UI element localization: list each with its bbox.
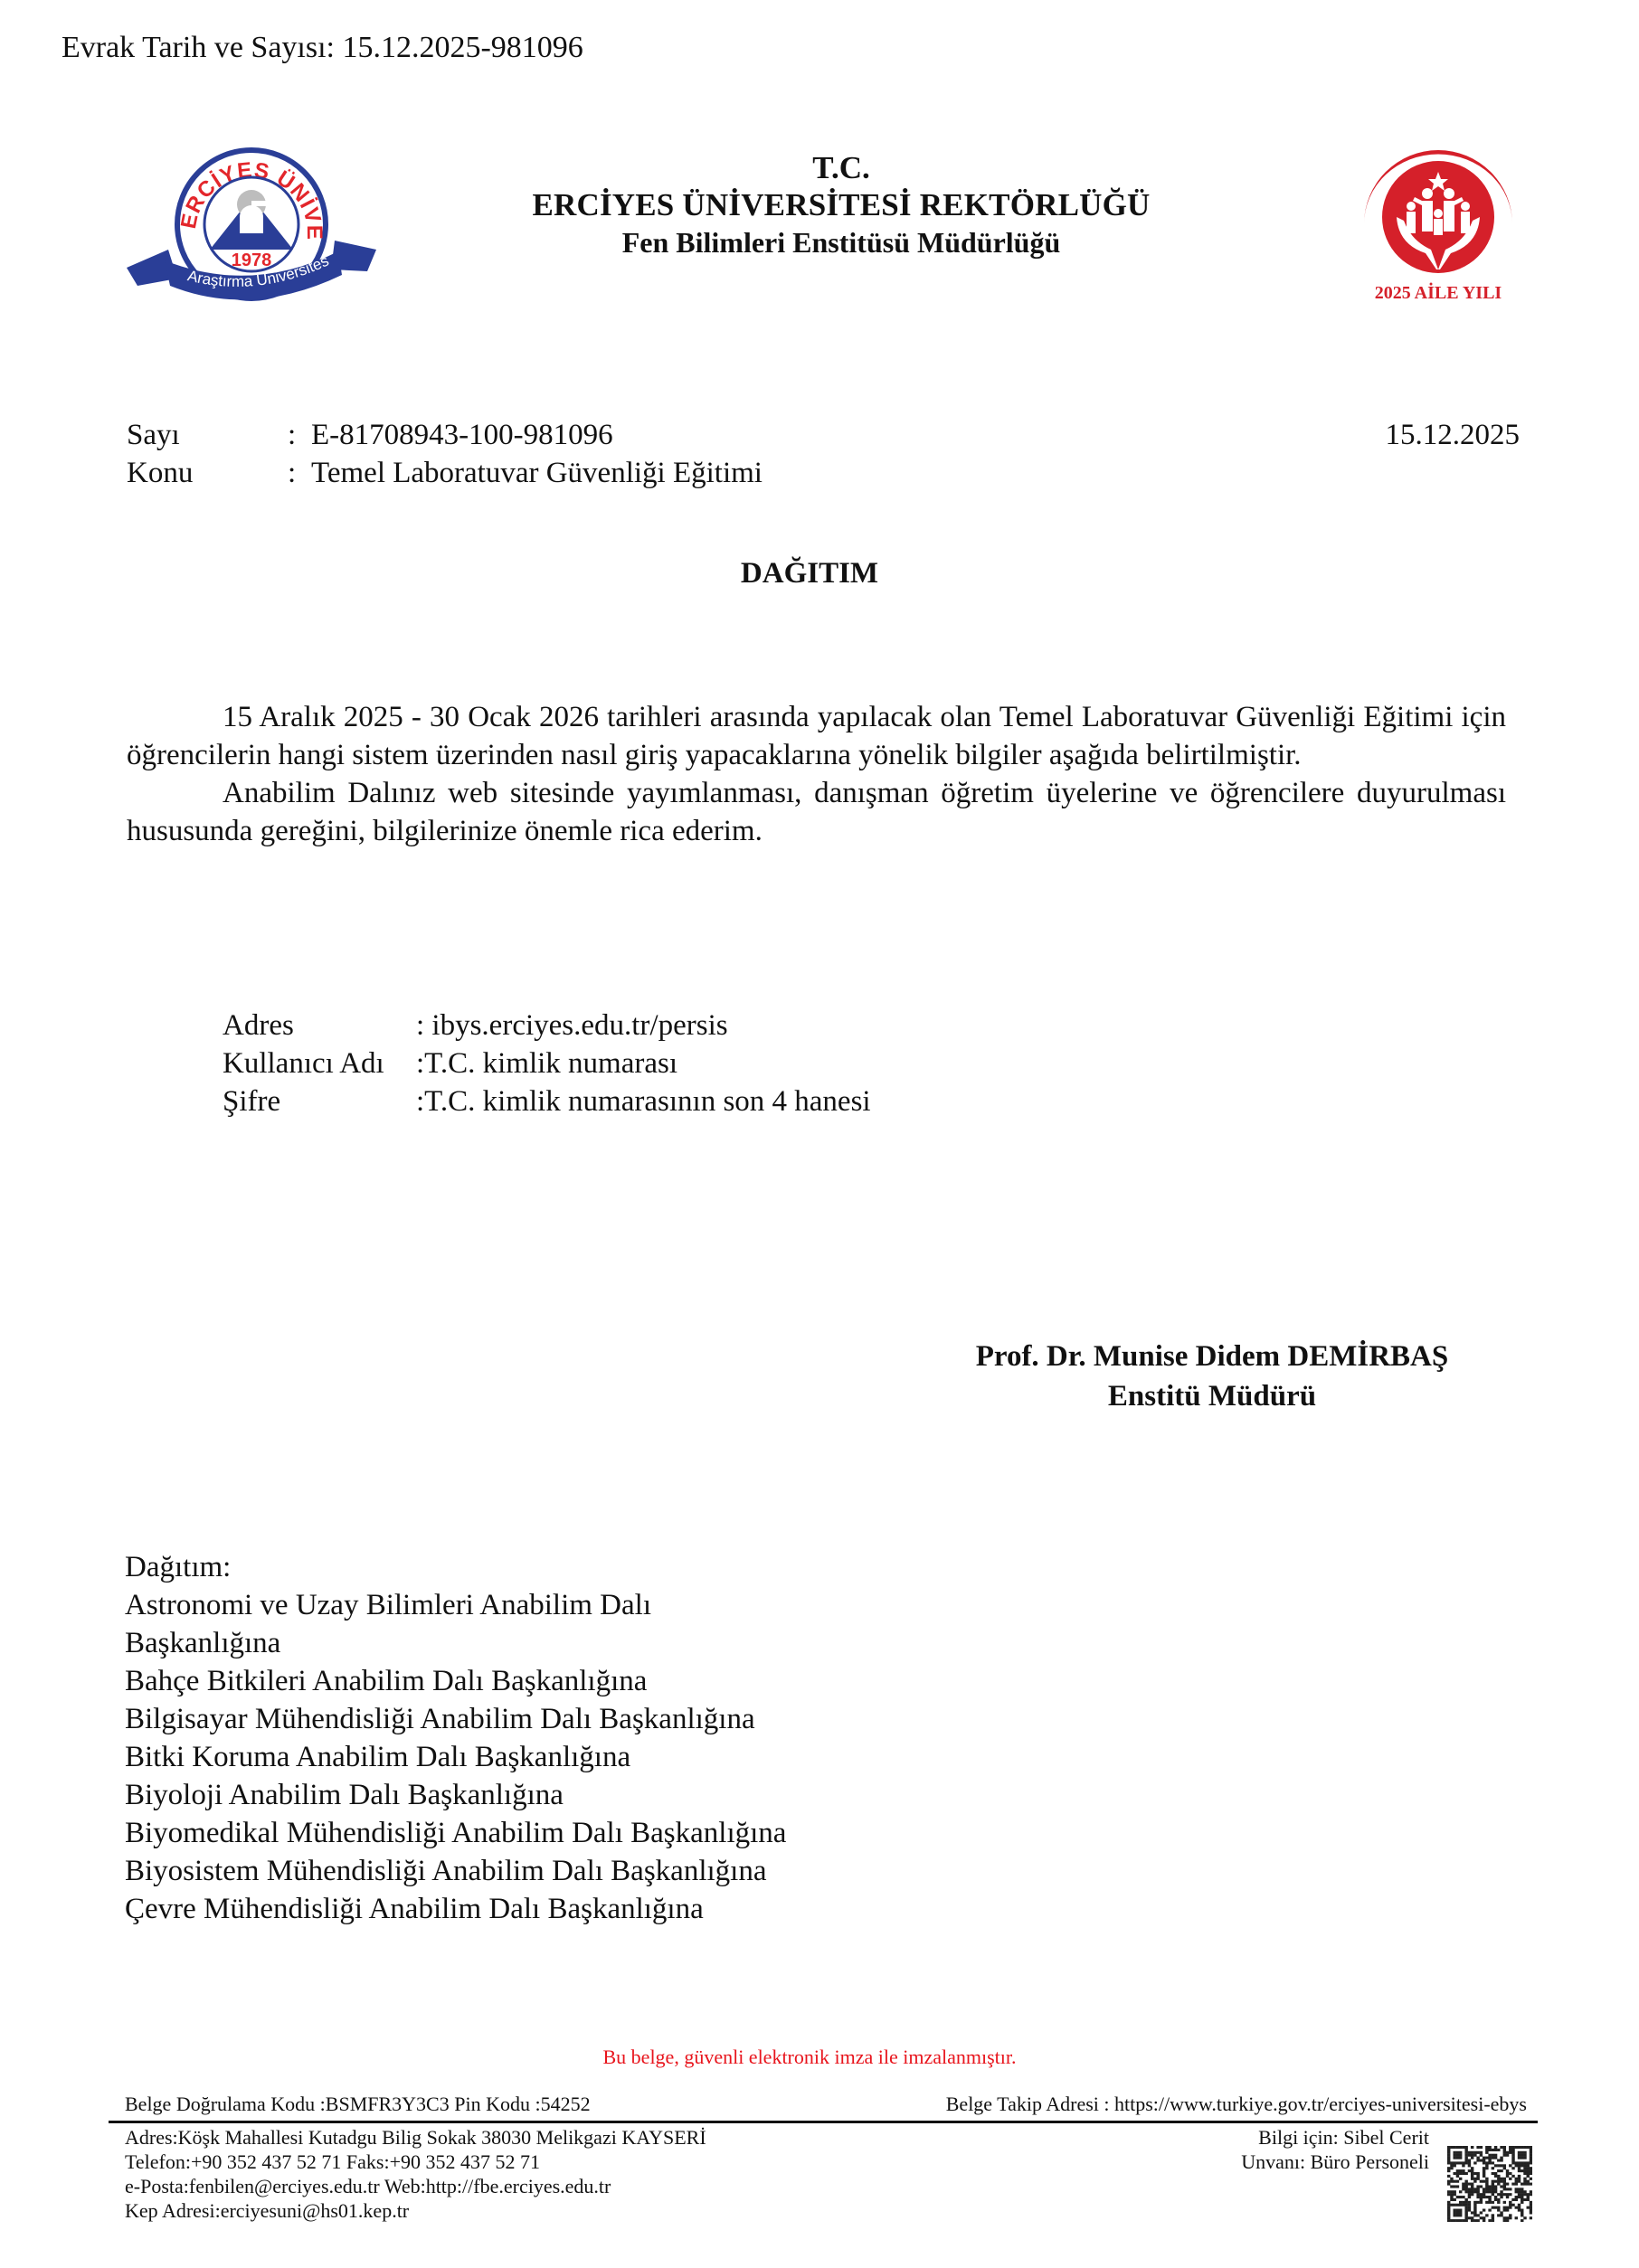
credential-label: Şifre	[223, 1082, 416, 1120]
signatory-name: Prof. Dr. Munise Didem DEMİRBAŞ	[886, 1337, 1538, 1376]
list-item: Biyomedikal Mühendisliği Anabilim Dalı B…	[125, 1814, 812, 1852]
letterhead-institute: Fen Bilimleri Enstitüsü Müdürlüğü	[470, 224, 1212, 260]
list-item: Bahçe Bitkileri Anabilim Dalı Başkanlığı…	[125, 1662, 812, 1700]
list-item: Astronomi ve Uzay Bilimleri Anabilim Dal…	[125, 1586, 812, 1662]
distribution-heading: Dağıtım:	[125, 1548, 812, 1586]
credential-value: : ibys.erciyes.edu.tr/persis	[416, 1006, 728, 1044]
sayi-value: E-81708943-100-981096	[311, 416, 1520, 454]
letterhead-tc: T.C.	[470, 150, 1212, 186]
distribution-list: Dağıtım: Astronomi ve Uzay Bilimleri Ana…	[125, 1548, 812, 1928]
list-item: Çevre Mühendisliği Anabilim Dalı Başkanl…	[125, 1890, 812, 1928]
login-credentials: Adres : ibys.erciyes.edu.tr/persis Kulla…	[223, 1006, 871, 1120]
body-paragraph-2: Anabilim Dalınız web sitesinde yayımlanm…	[127, 774, 1506, 850]
footer-email-web[interactable]: e-Posta:fenbilen@erciyes.edu.tr Web:http…	[125, 2174, 706, 2198]
letter-body: 15 Aralık 2025 - 30 Ocak 2026 tarihleri …	[127, 698, 1506, 850]
letterhead: T.C. ERCİYES ÜNİVERSİTESİ REKTÖRLÜĞÜ Fen…	[470, 150, 1212, 260]
erciyes-university-logo-icon: ERCİYES ÜNİVERSİTESİ 1978 Araştırma Üniv…	[125, 134, 378, 306]
footer-kep: Kep Adresi:erciyesuni@hs01.kep.tr	[125, 2198, 706, 2223]
esignature-notice: Bu belge, güvenli elektronik imza ile im…	[0, 2046, 1619, 2069]
konu-value: Temel Laboratuvar Güvenliği Eğitimi	[311, 454, 1520, 492]
credential-label: Adres	[223, 1006, 416, 1044]
body-paragraph-1: 15 Aralık 2025 - 30 Ocak 2026 tarihleri …	[127, 698, 1506, 774]
credential-label: Kullanıcı Adı	[223, 1044, 416, 1082]
qr-code-icon	[1447, 2146, 1532, 2222]
info-contact-name: Bilgi için: Sibel Cerit	[1140, 2125, 1429, 2150]
footer-address: Adres:Köşk Mahallesi Kutadgu Bilig Sokak…	[125, 2125, 706, 2150]
credential-row-username: Kullanıcı Adı :T.C. kimlik numarası	[223, 1044, 871, 1082]
credential-row-address: Adres : ibys.erciyes.edu.tr/persis	[223, 1006, 871, 1044]
signatory-title: Enstitü Müdürü	[886, 1376, 1538, 1416]
document-date: 15.12.2025	[1386, 416, 1521, 454]
document-reference: Evrak Tarih ve Sayısı: 15.12.2025-981096	[62, 31, 583, 65]
credential-row-password: Şifre :T.C. kimlik numarasının son 4 han…	[223, 1082, 871, 1120]
footer-info-contact: Bilgi için: Sibel Cerit Unvanı: Büro Per…	[1140, 2125, 1429, 2174]
footer-contact-details: Adres:Köşk Mahallesi Kutadgu Bilig Sokak…	[125, 2125, 706, 2223]
verification-code: Belge Doğrulama Kodu :BSMFR3Y3C3 Pin Kod…	[125, 2093, 591, 2116]
signature-block: Prof. Dr. Munise Didem DEMİRBAŞ Enstitü …	[886, 1337, 1538, 1416]
addressee-heading: DAĞITIM	[0, 557, 1619, 591]
list-item: Biyosistem Mühendisliği Anabilim Dalı Ba…	[125, 1852, 812, 1890]
konu-row: Konu : Temel Laboratuvar Güvenliği Eğiti…	[127, 454, 1520, 492]
footer-divider	[109, 2121, 1538, 2123]
sayi-colon: :	[288, 416, 311, 454]
svg-text:1978: 1978	[232, 250, 272, 270]
list-item: Bilgisayar Mühendisliği Anabilim Dalı Ba…	[125, 1700, 812, 1738]
list-item: Bitki Koruma Anabilim Dalı Başkanlığına	[125, 1738, 812, 1776]
sayi-row: Sayı : E-81708943-100-981096	[127, 416, 1520, 454]
credential-value: :T.C. kimlik numarasının son 4 hanesi	[416, 1082, 871, 1120]
tracking-address-link[interactable]: Belge Takip Adresi : https://www.turkiye…	[946, 2093, 1527, 2116]
konu-colon: :	[288, 454, 311, 492]
aile-yili-logo-icon: 2025 AİLE YILI	[1339, 134, 1538, 306]
konu-label: Konu	[127, 454, 288, 492]
document-meta: Sayı : E-81708943-100-981096 Konu : Teme…	[127, 416, 1520, 492]
sayi-label: Sayı	[127, 416, 288, 454]
info-contact-title: Unvanı: Büro Personeli	[1140, 2150, 1429, 2174]
list-item: Biyoloji Anabilim Dalı Başkanlığına	[125, 1776, 812, 1814]
svg-text:2025 AİLE YILI: 2025 AİLE YILI	[1375, 281, 1502, 303]
credential-value: :T.C. kimlik numarası	[416, 1044, 677, 1082]
footer-verification-row: Belge Doğrulama Kodu :BSMFR3Y3C3 Pin Kod…	[125, 2093, 1527, 2116]
letterhead-university: ERCİYES ÜNİVERSİTESİ REKTÖRLÜĞÜ	[470, 186, 1212, 224]
footer-phone: Telefon:+90 352 437 52 71 Faks:+90 352 4…	[125, 2150, 706, 2174]
